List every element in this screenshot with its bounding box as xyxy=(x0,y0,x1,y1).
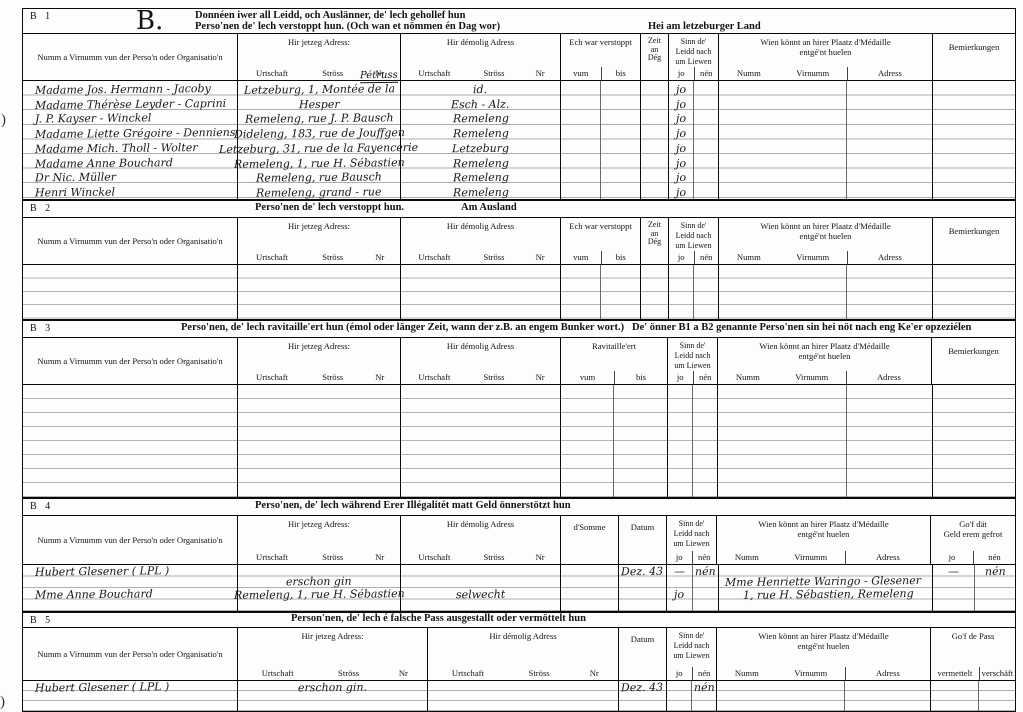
former-address-cell xyxy=(428,681,619,696)
alive-nen-cell xyxy=(693,588,719,611)
col-header-former-address: Hir démolig Adress UrtschaftStrössNr xyxy=(401,218,561,264)
pass-vermettelt-cell xyxy=(931,681,979,696)
section-b4-header: Numm a Virnumm vun der Perso'n oder Orga… xyxy=(23,516,1015,565)
alive-jo-cell: jo xyxy=(669,125,694,140)
sub-urtschaft: Urtschaft xyxy=(238,67,306,80)
margin-mark-top: ) xyxy=(1,112,6,129)
current-address-cell: Dideleng, 183, rue de Jouffgen xyxy=(238,125,401,140)
col-header-current-address: Hir jetzeg Adress: UrtschaftStrössNr xyxy=(238,628,428,680)
former-address-cell: Esch - Alz. xyxy=(401,96,561,111)
col-header-days: ZeitanDég xyxy=(641,218,669,264)
col-header-medal-recipient: Wien könnt an hirer Plaatz d'Médailleent… xyxy=(718,338,932,384)
sub-adress: Adress xyxy=(847,67,932,80)
name-cell: J. P. Kayser - Winckel xyxy=(23,111,238,126)
col-header-former-address: Hir démolig Adress UrtschaftStrössNr xyxy=(401,516,561,564)
section-b1-title-line2: Perso'nen de' lech verstoppt hun. (Och w… xyxy=(195,21,500,32)
alive-jo-cell: jo xyxy=(669,111,694,126)
section-b3-body xyxy=(23,385,1015,497)
col-header-current-address: Hir jetzeg Adress: UrtschaftStrössNr xyxy=(238,516,401,564)
col-header-medal-recipient: Wien könnt an hirer Plaatz d'Médailleent… xyxy=(717,516,931,564)
section-b5: B 5 Person'nen, de' lech é falsche Pass … xyxy=(22,612,1016,712)
former-address-cell: Remeleng xyxy=(401,184,561,199)
scanned-form-page: ) ) B 1 B. Donnéen iwer all Leidd, och A… xyxy=(0,0,1023,712)
current-address-cell: Remeleng, 1, rue H. Sébastien xyxy=(238,155,401,170)
medal-address-cell xyxy=(847,81,933,96)
alive-nen-cell: nén xyxy=(692,681,717,696)
section-b5-title: Person'nen, de' lech é falsche Pass ausg… xyxy=(291,613,586,624)
datum-cell xyxy=(619,588,667,611)
section-b5-header: Numm a Virnumm vun der Perso'n oder Orga… xyxy=(23,628,1015,681)
alive-jo-cell: jo xyxy=(669,155,694,170)
col-header-still-alive: Sinn de'Leidd nachum Liewen jonén xyxy=(668,338,718,384)
name-cell: Hubert Glesener ( LPL ) xyxy=(23,681,238,696)
section-b1-body: Madame Jos. Hermann - Jacoby Letzeburg, … xyxy=(23,81,1015,199)
sub-nen: nén xyxy=(694,67,719,80)
table-row: Dr Nic. Müller Remeleng, rue Bausch Reme… xyxy=(23,170,1015,185)
col-header-pass: Go'f de Pass vermetteltverschäft xyxy=(931,628,1015,680)
col-header-remarks: Bemierkungen xyxy=(933,34,1015,80)
table-row: Madame Anne Bouchard Remeleng, 1, rue H.… xyxy=(23,155,1015,170)
col-header-still-alive: Sinn de' Leidd nach um Liewen jo nén xyxy=(669,34,719,80)
former-address-cell: selwecht xyxy=(401,588,561,611)
alive-jo-cell: jo xyxy=(667,588,693,611)
section-b3-header: Numm a Virnumm vun der Perso'n oder Orga… xyxy=(23,338,1015,385)
section-b3: B 3 Perso'nen, de' lech ravitaille'ert h… xyxy=(22,320,1016,498)
sub-nr: Nr xyxy=(520,67,560,80)
geld-jo-cell: — xyxy=(933,565,975,588)
section-b2-id: B 2 xyxy=(30,203,53,214)
name-cell: Mme Anne Bouchard xyxy=(23,588,238,611)
sub-vum: vum xyxy=(561,67,601,80)
name-cell: Madame Jos. Hermann - Jacoby xyxy=(23,81,238,96)
name-cell: Madame Mich. Tholl - Wolter xyxy=(23,140,238,155)
current-address-cell: Letzeburg, 31, rue de la Fayencerie xyxy=(238,140,401,155)
former-address-cell: Letzeburg xyxy=(401,140,561,155)
current-address-cell: Remeleng, grand - rue xyxy=(238,184,401,199)
table-row xyxy=(23,696,1015,711)
col-header-current-address: Hir jetzeg Adress: UrtschaftStrössNr xyxy=(238,338,401,384)
medal-recipient-cell: Mme Henriette Waringo - Glesener xyxy=(719,565,933,588)
alive-jo-cell: jo xyxy=(669,140,694,155)
col-header-name: Numm a Virnumm vun der Perso'n oder Orga… xyxy=(23,218,238,264)
section-b1-titlebar: B 1 B. Donnéen iwer all Leidd, och Auslä… xyxy=(23,9,1015,34)
margin-mark-bottom: ) xyxy=(0,694,5,711)
alive-nen-cell xyxy=(694,81,719,96)
col-header-datum: Datum xyxy=(619,628,667,680)
current-address-cell: erschon gin xyxy=(238,565,401,588)
section-b3-titlebar: B 3 Perso'nen, de' lech ravitaille'ert h… xyxy=(23,321,1015,338)
section-b5-body: Hubert Glesener ( LPL ) erschon gin. Dez… xyxy=(23,681,1015,711)
geld-nen-cell: nén xyxy=(975,565,1015,588)
section-b3-id: B 3 xyxy=(30,323,53,334)
sub-numm: Numm xyxy=(719,67,779,80)
col-header-name: Numm a Virnumm vun der Perso'n oder Orga… xyxy=(23,516,238,564)
sub-stross: Ströss xyxy=(468,67,520,80)
col-header-ravitailleert: Ravitaille'ert vumbis xyxy=(561,338,668,384)
section-b2-body xyxy=(23,265,1015,319)
section-b1-title-line1: Donnéen iwer all Leidd, och Auslänner, d… xyxy=(195,10,465,21)
datum-cell: Dez. 43 xyxy=(619,565,667,588)
somme-cell xyxy=(561,565,619,588)
col-header-somme: d'Somme xyxy=(561,516,619,564)
name-cell: Madame Liette Grégoire - Denniens xyxy=(23,125,238,140)
alive-jo-cell: — xyxy=(667,565,693,588)
alive-jo-cell xyxy=(667,681,692,696)
section-b1: B 1 B. Donnéen iwer all Leidd, och Auslä… xyxy=(22,8,1016,200)
table-row: Mme Anne Bouchard Remeleng, 1, rue H. Sé… xyxy=(23,588,1015,611)
section-b2-title: Perso'nen de' lech verstoppt hun. xyxy=(255,202,404,213)
col-header-former-address: Hir démolig Adress Urtschaft Ströss Nr xyxy=(401,34,561,80)
big-letter-b: B. xyxy=(136,6,163,36)
sub-stross: Ströss xyxy=(306,67,359,80)
section-b3-title: Perso'nen, de' lech ravitaille'ert hun (… xyxy=(181,322,971,333)
section-b5-id: B 5 xyxy=(30,615,53,626)
section-b4: B 4 Perso'nen, de' lech während Erer Ill… xyxy=(22,498,1016,612)
alive-jo-cell: jo xyxy=(669,96,694,111)
section-b5-titlebar: B 5 Person'nen, de' lech é falsche Pass … xyxy=(23,613,1015,628)
col-header-geld-returned: Go'f dätGeld erem gefrot jonén xyxy=(931,516,1015,564)
pass-verschaft-cell xyxy=(979,681,1015,696)
current-address-cell: erschon gin. xyxy=(238,681,428,696)
name-cell: Hubert Glesener ( LPL ) xyxy=(23,565,238,588)
col-header-name: Numm a Virnumm vun der Perso'n oder Orga… xyxy=(23,338,238,384)
col-header-medal-recipient: Wien könnt an hirer Plaatz d'Médailleent… xyxy=(719,218,933,264)
vum-cell xyxy=(561,81,601,96)
current-address-cell: Remeleng, rue Bausch xyxy=(238,170,401,185)
former-address-cell: id. xyxy=(401,81,561,96)
alive-nen-cell: nén xyxy=(693,565,719,588)
section-b2-title-location: Am Ausland xyxy=(461,202,517,213)
geld-nen-cell xyxy=(975,588,1015,611)
name-cell: Madame Thérèse Leyder - Caprini xyxy=(23,96,238,111)
sub-urtschaft: Urtschaft xyxy=(401,67,468,80)
table-row: Madame Liette Grégoire - Denniens Didele… xyxy=(23,125,1015,140)
table-row: J. P. Kayser - Winckel Remeleng, rue J. … xyxy=(23,111,1015,126)
name-cell: Dr Nic. Müller xyxy=(23,170,238,185)
section-b1-header: Numm a Virnumm vun der Perso'n oder Orga… xyxy=(23,34,1015,81)
section-b4-title: Perso'nen, de' lech während Erer Illégal… xyxy=(255,500,571,511)
alive-jo-cell: jo xyxy=(669,170,694,185)
sub-virnumm: Virnumm xyxy=(779,67,847,80)
section-b1-id: B 1 xyxy=(30,11,53,22)
table-row xyxy=(23,385,1015,497)
current-address-cell: Remeleng, 1, rue H. Sébastien xyxy=(238,588,401,611)
table-row: Hubert Glesener ( LPL ) erschon gin. Dez… xyxy=(23,681,1015,696)
section-b4-body: Hubert Glesener ( LPL ) erschon gin Dez.… xyxy=(23,565,1015,611)
days-cell xyxy=(641,81,669,96)
name-cell: Madame Anne Bouchard xyxy=(23,155,238,170)
table-row: Madame Jos. Hermann - Jacoby Letzeburg, … xyxy=(23,81,1015,96)
col-header-former-address: Hir démolig Adress UrtschaftStrössNr xyxy=(428,628,619,680)
col-header-former-address: Hir démolig Adress UrtschaftStrössNr xyxy=(401,338,561,384)
current-address-cell: Remeleng, rue J. P. Bausch xyxy=(238,111,401,126)
section-b2-header: Numm a Virnumm vun der Perso'n oder Orga… xyxy=(23,218,1015,265)
former-address-cell: Remeleng xyxy=(401,170,561,185)
table-row: Madame Mich. Tholl - Wolter Letzeburg, 3… xyxy=(23,140,1015,155)
name-cell: Henri Winckel xyxy=(23,184,238,199)
col-header-name: Numm a Virnumm vun der Perso'n oder Orga… xyxy=(23,34,238,80)
table-row: Madame Thérèse Leyder - Caprini Hesper E… xyxy=(23,96,1015,111)
col-header-hidden-period: Ech war verstoppt vum bis xyxy=(561,34,641,80)
col-header-hidden-period: Ech war verstoppt vumbis xyxy=(561,218,641,264)
col-header-still-alive: Sinn de'Leidd nachum Liewen jonén xyxy=(669,218,719,264)
bis-cell xyxy=(601,81,641,96)
section-b1-title-line3: Hei am letzeburger Land xyxy=(648,21,761,32)
section-b2: B 2 Perso'nen de' lech verstoppt hun. Am… xyxy=(22,200,1016,320)
alive-jo-cell: jo xyxy=(669,81,694,96)
section-b4-id: B 4 xyxy=(30,501,53,512)
former-address-cell xyxy=(401,565,561,588)
col-header-remarks: Bemierkungen xyxy=(932,338,1015,384)
medal-name-cell xyxy=(719,81,847,96)
medal-recipient-cell: 1, rue H. Sébastien, Remeleng xyxy=(719,588,933,611)
former-address-cell: Remeleng xyxy=(401,155,561,170)
sub-jo: jo xyxy=(669,67,694,80)
section-b4-titlebar: B 4 Perso'nen, de' lech während Erer Ill… xyxy=(23,499,1015,516)
table-row: Henri Winckel Remeleng, grand - rue Reme… xyxy=(23,184,1015,199)
section-b2-titlebar: B 2 Perso'nen de' lech verstoppt hun. Am… xyxy=(23,201,1015,218)
col-header-medal-recipient: Wien könnt an hirer Plaatz d'Médailleent… xyxy=(717,628,931,680)
col-header-remarks: Bemierkungen xyxy=(933,218,1015,264)
col-header-still-alive: Sinn de'Leidd nachum Liewen jonén xyxy=(667,516,717,564)
alive-jo-cell: jo xyxy=(669,184,694,199)
current-address-cell: Letzeburg, 1, Montée de la xyxy=(238,81,401,96)
table-row: Hubert Glesener ( LPL ) erschon gin Dez.… xyxy=(23,565,1015,588)
datum-cell: Dez. 43 xyxy=(619,681,667,696)
current-address-cell: Hesper xyxy=(238,96,401,111)
former-address-cell: Remeleng xyxy=(401,125,561,140)
col-header-medal-recipient: Wien könnt an hirer Plaatz d'Médaille en… xyxy=(719,34,933,80)
somme-cell xyxy=(561,588,619,611)
geld-jo-cell xyxy=(933,588,975,611)
col-header-days: Zeit an Dég xyxy=(641,34,669,80)
col-header-name: Numm a Virnumm vun der Perso'n oder Orga… xyxy=(23,628,238,680)
col-header-current-address: Hir jetzeg Adress: UrtschaftStrössNr xyxy=(238,218,401,264)
col-header-current-address: Hir jetzeg Adress: Urtschaft Ströss Nr P… xyxy=(238,34,401,80)
remarks-cell xyxy=(933,81,1015,96)
col-header-datum: Datum xyxy=(619,516,667,564)
table-row xyxy=(23,265,1015,319)
former-address-cell: Remeleng xyxy=(401,111,561,126)
col-header-still-alive: Sinn de'Leidd nachum Liewen jonén xyxy=(667,628,717,680)
sub-bis: bis xyxy=(601,67,641,80)
